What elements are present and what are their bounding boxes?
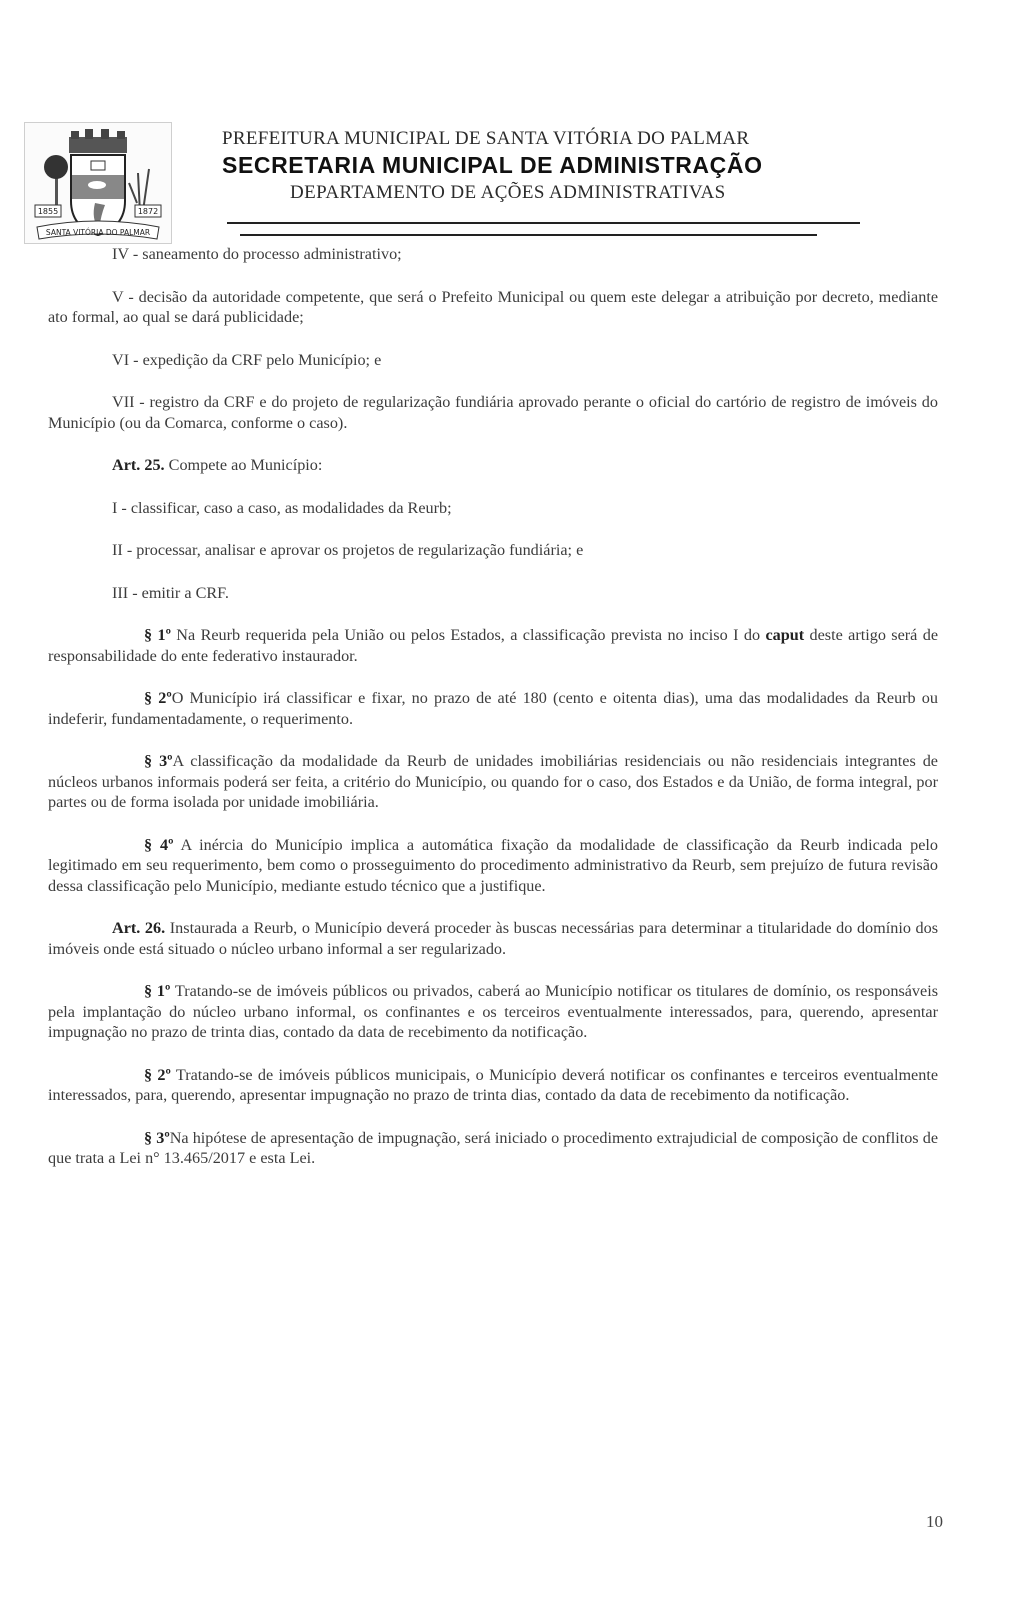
article-25-paragraph-2: § 2ºO Município irá classificar e fixar,… [48,688,938,729]
article-25-paragraph-4: § 4º A inércia do Município implica a au… [48,835,938,897]
article-26-heading: Art. 26. Instaurada a Reurb, o Município… [48,918,938,959]
document-body: IV - saneamento do processo administrati… [48,244,938,1169]
header-municipality: PREFEITURA MUNICIPAL DE SANTA VITÓRIA DO… [222,128,862,150]
article-25-heading: Art. 25. Compete ao Município: [48,455,938,476]
header-department: DEPARTAMENTO DE AÇÕES ADMINISTRATIVAS [290,182,890,204]
coat-of-arms-icon: 1855 1872 SANTA VITÓRIA DO PALMAR [24,122,172,244]
article-25-item: I - classificar, caso a caso, as modalid… [48,498,938,519]
article-label: Art. 26. [112,919,165,937]
article-label: Art. 25. [112,456,165,474]
header-rule [227,222,860,224]
header-secretariat: SECRETARIA MUNICIPAL DE ADMINISTRAÇÃO [222,152,882,179]
letterhead: 1855 1872 SANTA VITÓRIA DO PALMAR PREFEI… [0,0,1024,250]
article-25-paragraph-3: § 3ºA classificação da modalidade da Reu… [48,751,938,813]
inciso-v: V - decisão da autoridade competente, qu… [48,287,938,328]
article-25-item: III - emitir a CRF. [48,583,938,604]
article-26-paragraph-2: § 2º Tratando-se de imóveis públicos mun… [48,1065,938,1106]
svg-text:SANTA VITÓRIA DO PALMAR: SANTA VITÓRIA DO PALMAR [46,228,150,237]
inciso-vii: VII - registro da CRF e do projeto de re… [48,392,938,433]
svg-text:1872: 1872 [138,207,158,216]
inciso-iv: IV - saneamento do processo administrati… [48,244,938,265]
inciso-vi: VI - expedição da CRF pelo Município; e [48,350,938,371]
header-rule [240,234,817,236]
svg-text:1855: 1855 [38,207,58,216]
article-25-paragraph-1: § 1º Na Reurb requerida pela União ou pe… [48,625,938,666]
article-26-paragraph-3: § 3ºNa hipótese de apresentação de impug… [48,1128,938,1169]
article-25-item: II - processar, analisar e aprovar os pr… [48,540,938,561]
page-number: 10 [926,1512,943,1532]
article-26-paragraph-1: § 1º Tratando-se de imóveis públicos ou … [48,981,938,1043]
